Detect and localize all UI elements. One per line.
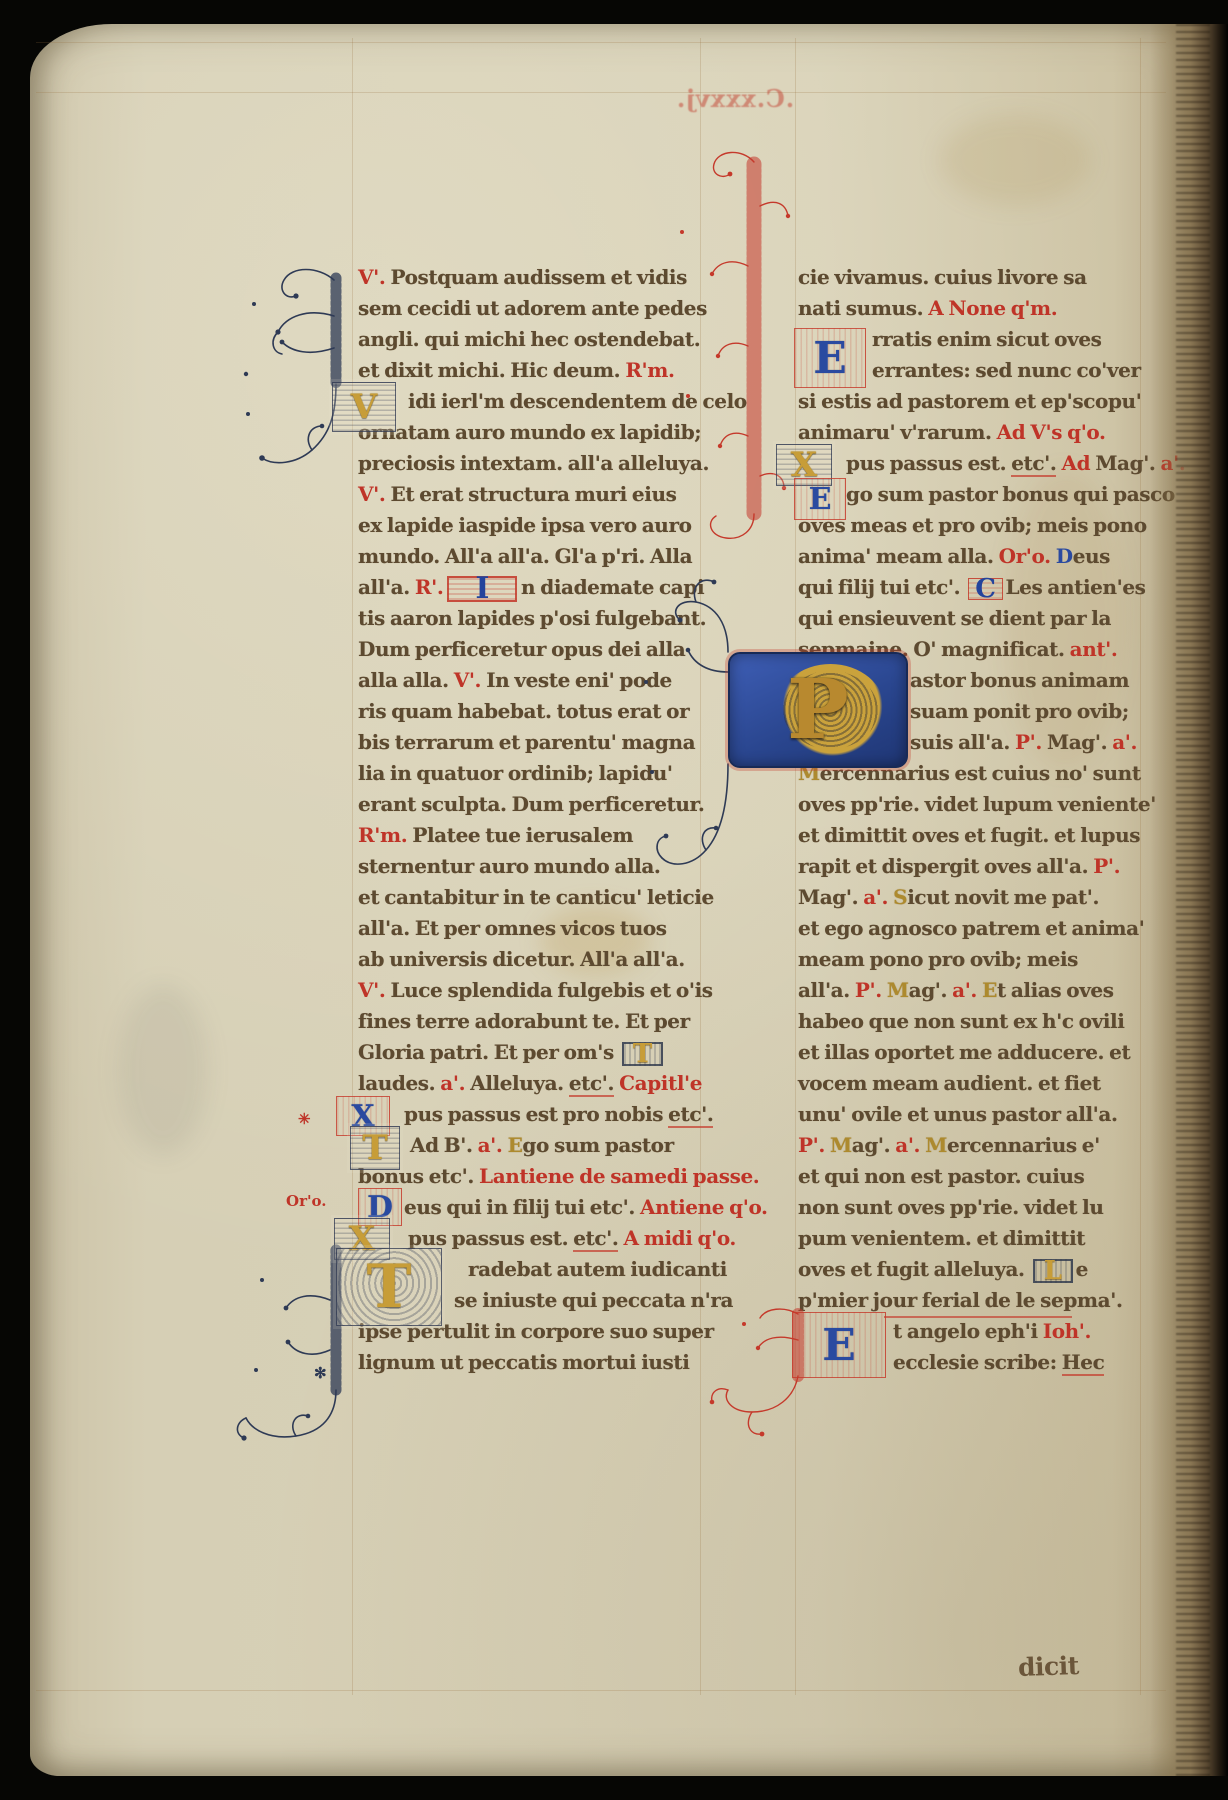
initial-letter: E [822, 1320, 856, 1371]
margin-note: Or'o. [286, 1192, 327, 1210]
illuminated-initial-t: T [336, 1248, 442, 1326]
stacked-page-edges [1176, 24, 1210, 1776]
initial-letter: E [809, 482, 832, 517]
illuminated-initial-v: V [332, 382, 396, 432]
margin-note: ✳ [298, 1110, 311, 1128]
initial-letter: E [813, 333, 847, 384]
initial-letter: T [362, 1128, 387, 1168]
initial-letter: P [787, 662, 849, 758]
initial-letter: V [351, 387, 377, 427]
margin-note: ✻ [314, 1364, 327, 1382]
initial-letter: T [367, 1252, 412, 1322]
manuscript-photo: .C.xxxvj. V'. Postquam audissem et vidis… [0, 0, 1228, 1800]
illuminated-initial-p: P [728, 652, 908, 768]
illuminated-initial-t: T [350, 1126, 400, 1170]
illuminated-initial-e: E [794, 328, 866, 388]
illumination-layer: VXTDXTEXEPEOr'o.✳✻ [0, 0, 1228, 1800]
illuminated-initial-e: E [792, 1312, 886, 1378]
book-gutter-fore-edge [1150, 24, 1228, 1776]
illuminated-initial-e: E [794, 478, 846, 520]
